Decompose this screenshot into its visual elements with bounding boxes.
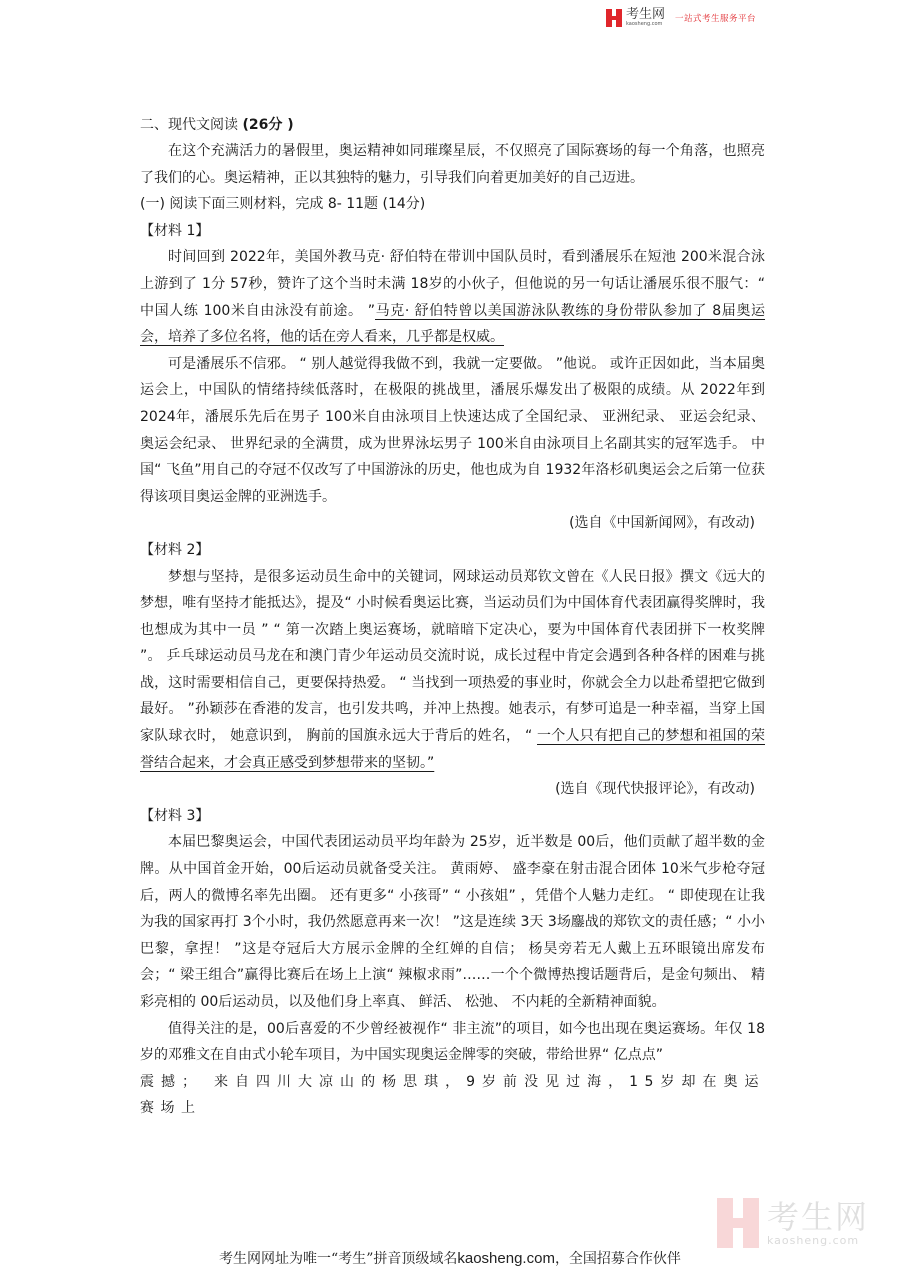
brand-domain: kaosheng.com (626, 22, 665, 27)
section-title: 二、现代文阅读 (26分 ) (140, 112, 765, 138)
brand-header: 考生网 kaosheng.com 一站式考生服务平台 (606, 8, 756, 27)
material-1-paragraph-1: 时间回到 2022年，美国外教马克· 舒伯特在带训中国队员时，看到潘展乐在短池 … (140, 244, 765, 350)
part-heading: (一) 阅读下面三则材料，完成 8- 11题 (14分) (140, 191, 765, 218)
section-title-text: 二、现代文阅读 (140, 117, 242, 133)
paragraph-text-spaced: 震撼； 来自四川大凉山的杨思琪，9岁前没见过海，15岁却在奥运赛场上 (140, 1074, 765, 1117)
intro-paragraph: 在这个充满活力的暑假里，奥运精神如同璀璨星辰，不仅照亮了国际赛场的每一个角落，也… (140, 138, 765, 191)
footer: 考生网网址为唯一“考生”拼音顶级域名kaosheng.com，全国招募合作伙伴 (0, 1248, 900, 1268)
material-1-source: (选自《中国新闻网》，有改动) (140, 510, 765, 537)
footer-text-before: 考生网网址为唯一“考生”拼音顶级域名 (219, 1251, 457, 1267)
material-2-label: 【材料 2】 (140, 537, 765, 564)
brand-slogan: 一站式考生服务平台 (675, 12, 756, 24)
watermark-text: 考生网 kaosheng.com (767, 1201, 869, 1246)
kaosheng-watermark-logo-icon (717, 1198, 759, 1248)
brand-text: 考生网 kaosheng.com (626, 8, 665, 27)
brand-name: 考生网 (626, 8, 665, 21)
material-2-source: (选自《现代快报评论》，有改动) (140, 776, 765, 803)
material-3-label: 【材料 3】 (140, 803, 765, 830)
footer-text-after: ，全国招募合作伙伴 (555, 1251, 681, 1267)
paragraph-text: 梦想与坚持，是很多运动员生命中的关键词，网球运动员郑钦文曾在《人民日报》撰文《远… (140, 569, 765, 745)
kaosheng-logo-icon (606, 9, 622, 27)
material-3-paragraph-2: 值得关注的是，00后喜爱的不少曾经被视作“ 非主流”的项目，如今也出现在奥运赛场… (140, 1016, 765, 1122)
footer-domain-link[interactable]: kaosheng.com (457, 1250, 555, 1267)
watermark-domain: kaosheng.com (767, 1235, 869, 1246)
watermark-name: 考生网 (767, 1201, 869, 1233)
paragraph-text: 值得关注的是，00后喜爱的不少曾经被视作“ 非主流”的项目，如今也出现在奥运赛场… (140, 1021, 765, 1064)
material-3-paragraph-1: 本届巴黎奥运会，中国代表团运动员平均年龄为 25岁，近半数是 00后，他们贡献了… (140, 829, 765, 1015)
document-body: 二、现代文阅读 (26分 ) 在这个充满活力的暑假里，奥运精神如同璀璨星辰，不仅… (140, 112, 765, 1122)
material-1-paragraph-2: 可是潘展乐不信邪。 “ 别人越觉得我做不到，我就一定要做。 ”他说。 或许正因如… (140, 351, 765, 511)
kaosheng-watermark: 考生网 kaosheng.com (717, 1198, 869, 1248)
material-1-label: 【材料 1】 (140, 218, 765, 245)
section-score: (26分 ) (242, 117, 293, 133)
material-2-paragraph-1: 梦想与坚持，是很多运动员生命中的关键词，网球运动员郑钦文曾在《人民日报》撰文《远… (140, 564, 765, 777)
